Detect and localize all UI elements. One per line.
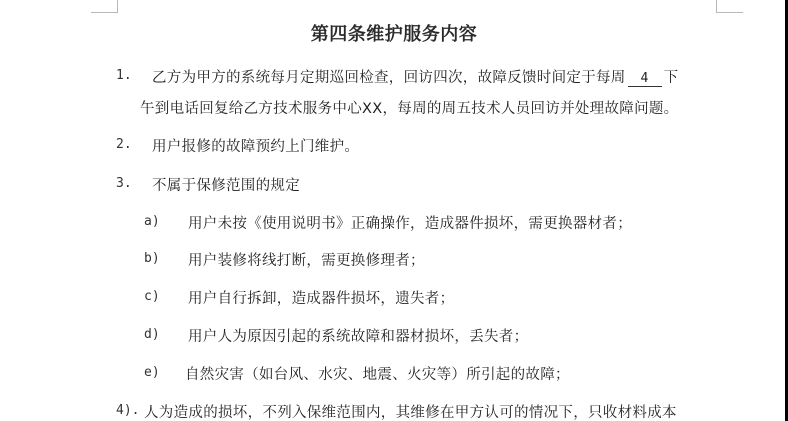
subitem-b-text: 用户装修将线打断，需更换修理者； [188,249,425,270]
subitem-label: e) [144,365,160,380]
page-corner-mark-top-right [716,0,743,13]
subitem-e-text: 自然灾害（如台风、水灾、地震、火灾等）所引起的故障； [185,363,570,384]
subitem-d-text: 用户人为原因引起的系统故障和器材损坏，丢失者； [188,325,528,346]
item-number: 2. [116,137,132,152]
item-number: 4). [116,403,139,418]
subitem-label: a) [144,214,160,229]
item-number: 3. [116,176,132,191]
item-2-text: 用户报修的故障预约上门维护。 [152,135,359,156]
subitem-c-text: 用户自行拆卸，造成器件损坏，遗失者； [188,287,454,308]
subitem-label: b) [144,251,160,266]
subitem-a-text: 用户未按《使用说明书》正确操作，造成器件损坏，需更换器材者； [188,212,632,233]
item-1-text: 乙方为甲方的系统每月定期巡回检查，回访四次，故障反馈时间定于每周 [152,70,626,86]
item-3-text: 不属于保修范围的规定 [152,174,300,195]
subitem-label: d) [144,327,160,342]
item-1-text-after: 下 [664,70,679,86]
item-1-line-1: 乙方为甲方的系统每月定期巡回检查，回访四次，故障反馈时间定于每周4下 [152,66,678,87]
page-corner-mark-top-left [91,0,118,13]
section-title: 第四条维护服务内容 [0,20,788,46]
item-4-text: 人为造成的损坏，不列入保维范围内，其维修在甲方认可的情况下，只收材料成本 [144,401,677,421]
item-1-line-2: 午到电话回复给乙方技术服务中心XX，每周的周五技术人员回访并处理故障问题。 [140,97,678,118]
item-number: 1. [116,68,132,83]
subitem-label: c) [144,289,160,304]
weekday-blank-field[interactable]: 4 [628,71,662,87]
document-page: 第四条维护服务内容 1. 乙方为甲方的系统每月定期巡回检查，回访四次，故障反馈时… [0,0,788,421]
